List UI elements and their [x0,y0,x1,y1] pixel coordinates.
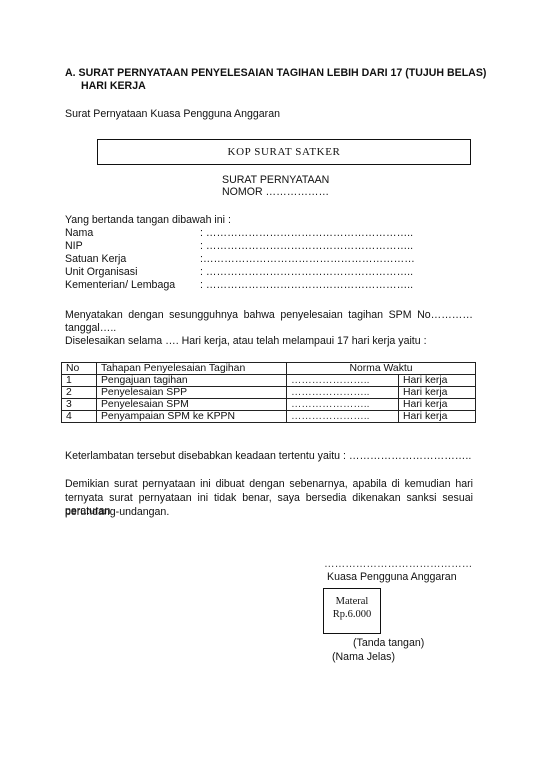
signature-role: Kuasa Pengguna Anggaran [327,571,457,583]
signature-label: (Tanda tangan) [353,637,424,649]
table-header-row: No Tahapan Penyelesaian Tagihan Norma Wa… [62,363,476,375]
closing-line-1: Demikian surat pernyataan ini dibuat den… [65,478,473,491]
field-value-kementerian: : ………………………………………………….. [200,279,413,291]
row-no: 3 [62,399,97,411]
letter-title: SURAT PERNYATAAN [222,174,329,186]
statement-paragraph-cont: tanggal….. [65,322,116,334]
closing-line-3: perundang-undangan. [65,506,169,518]
delay-reason: Keterlambatan tersebut disebabkan keadaa… [65,450,471,462]
row-stage: Penyampaian SPM ke KPPN [97,411,287,423]
letterhead-box: KOP SURAT SATKER [97,139,471,165]
row-days-value: ………………….. [287,375,399,387]
field-label-nama: Nama [65,227,93,239]
row-days-value: ………………….. [287,411,399,423]
section-heading-cont: HARI KERJA [81,80,146,92]
row-unit: Hari kerja [399,387,476,399]
header-no: No [62,363,97,375]
field-value-satuan-kerja: :…………………………………………………… [200,253,415,265]
table-row: 2 Penyelesaian SPP ………………….. Hari kerja [62,387,476,399]
row-stage: Penyelesaian SPM [97,399,287,411]
row-no: 1 [62,375,97,387]
stamp-amount: Rp.6.000 [324,608,380,621]
duration-paragraph: Diselesaikan selama …. Hari kerja, atau … [65,335,427,347]
table-row: 3 Penyelesaian SPM ………………….. Hari kerja [62,399,476,411]
field-label-kementerian: Kementerian/ Lembaga [65,279,175,291]
letterhead-text: KOP SURAT SATKER [98,146,470,158]
field-label-satuan-kerja: Satuan Kerja [65,253,126,265]
statement-paragraph: Menyatakan dengan sesungguhnya bahwa pen… [65,309,473,322]
signature-date-dots: …………………………………… [324,558,472,570]
field-value-nama: : ………………………………………………….. [200,227,413,239]
field-label-unit-organisasi: Unit Organisasi [65,266,137,278]
row-unit: Hari kerja [399,399,476,411]
row-no: 4 [62,411,97,423]
row-stage: Penyelesaian SPP [97,387,287,399]
letter-number: NOMOR ……………… [222,186,329,198]
field-value-unit-organisasi: : ………………………………………………….. [200,266,413,278]
table-row: 4 Penyampaian SPM ke KPPN ………………….. Hari… [62,411,476,423]
stages-table: No Tahapan Penyelesaian Tagihan Norma Wa… [61,362,476,423]
row-unit: Hari kerja [399,411,476,423]
name-label: (Nama Jelas) [332,651,395,663]
stamp-duty-box: Materal Rp.6.000 [323,588,381,634]
row-unit: Hari kerja [399,375,476,387]
row-days-value: ………………….. [287,399,399,411]
header-norma-waktu: Norma Waktu [287,363,476,375]
field-label-nip: NIP [65,240,83,252]
row-no: 2 [62,387,97,399]
stamp-label: Materal [324,595,380,608]
row-days-value: ………………….. [287,387,399,399]
section-heading: A. SURAT PERNYATAAN PENYELESAIAN TAGIHAN… [65,67,486,79]
table-row: 1 Pengajuan tagihan ………………….. Hari kerja [62,375,476,387]
header-stage: Tahapan Penyelesaian Tagihan [97,363,287,375]
document-subtitle: Surat Pernyataan Kuasa Pengguna Anggaran [65,108,280,120]
row-stage: Pengajuan tagihan [97,375,287,387]
field-value-nip: : ………………………………………………….. [200,240,413,252]
intro-text: Yang bertanda tangan dibawah ini : [65,214,231,226]
